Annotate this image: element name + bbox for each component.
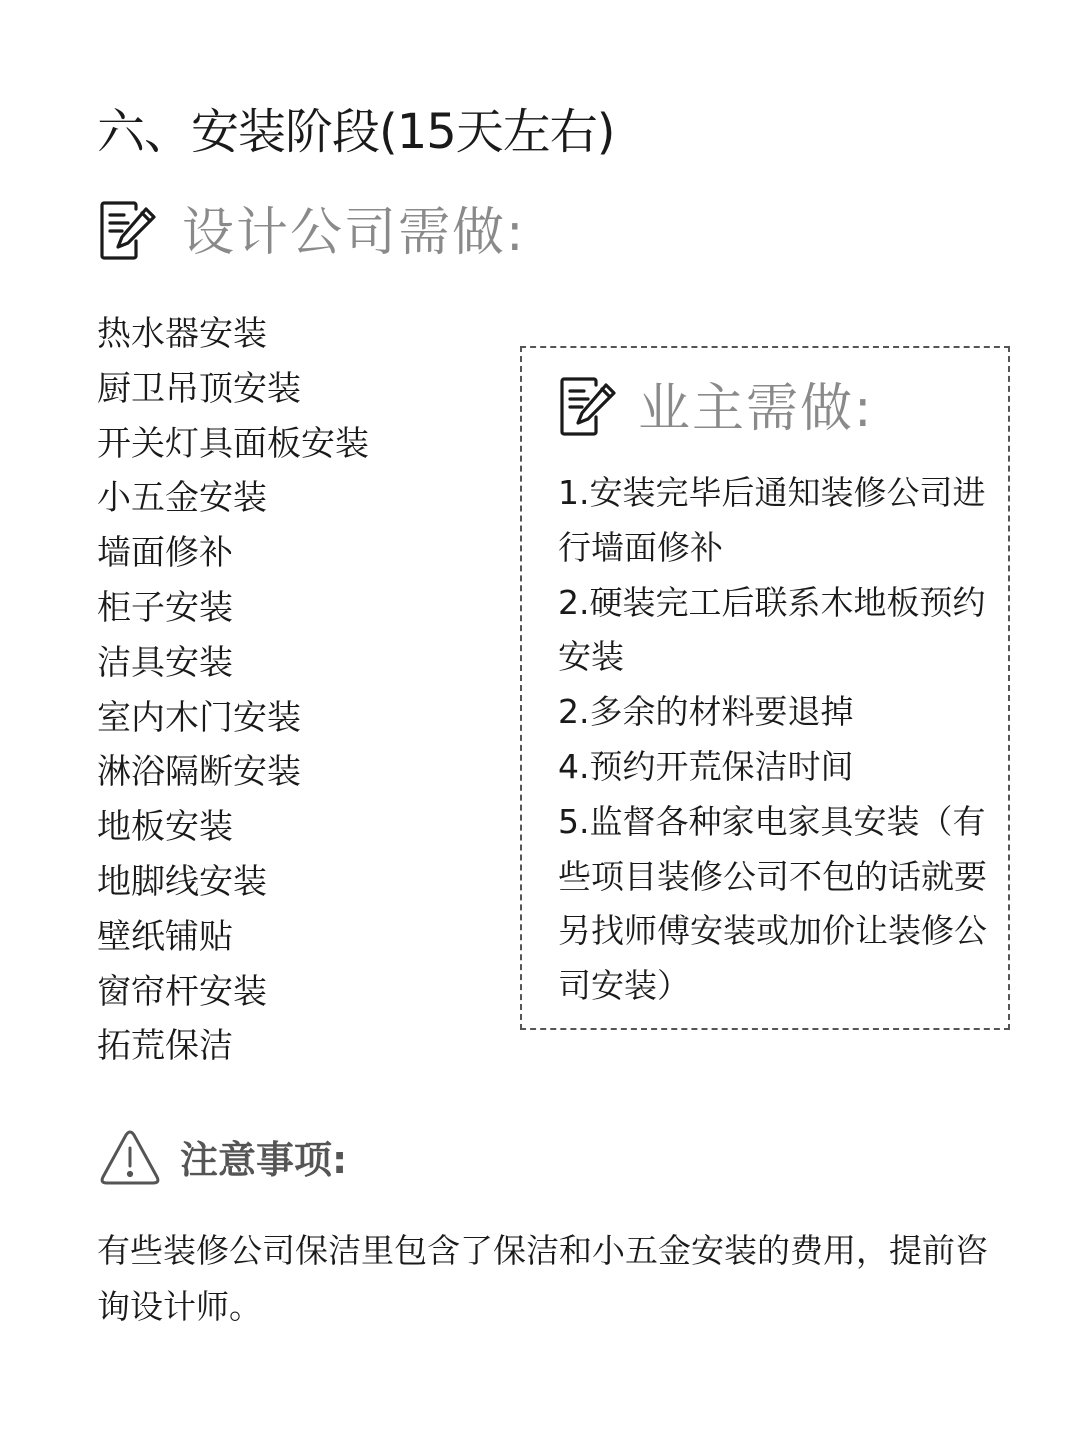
list-item: 拓荒保洁 <box>97 1019 369 1074</box>
list-item: 地脚线安装 <box>97 855 369 910</box>
notice-section-heading: 注意事项: <box>100 1130 347 1190</box>
warning-icon <box>100 1130 160 1190</box>
owner-section-heading: 业主需做: <box>558 376 874 442</box>
list-item: 壁纸铺贴 <box>97 910 369 965</box>
edit-note-icon <box>558 377 620 441</box>
owner-heading-text: 业主需做: <box>638 376 874 442</box>
list-item: 4.预约开荒保洁时间 <box>558 740 998 795</box>
list-item: 5.监督各种家电家具安装（有些项目装修公司不包的话就要另找师傅安装或加价让装修公… <box>558 795 998 1014</box>
list-item: 窗帘杆安装 <box>97 965 369 1020</box>
list-item: 地板安装 <box>97 800 369 855</box>
list-item: 2.多余的材料要退掉 <box>558 685 998 740</box>
list-item: 洁具安装 <box>97 636 369 691</box>
owner-tasks-box: 业主需做: 1.安装完毕后通知装修公司进行墙面修补 2.硬装完工后联系木地板预约… <box>520 346 1010 1030</box>
list-item: 1.安装完毕后通知装修公司进行墙面修补 <box>558 466 998 576</box>
notice-heading-text: 注意事项: <box>180 1130 347 1190</box>
designer-heading-text: 设计公司需做: <box>182 200 526 266</box>
list-item: 柜子安装 <box>97 581 369 636</box>
designer-section-heading: 设计公司需做: <box>98 200 526 266</box>
edit-note-icon <box>98 201 160 265</box>
list-item: 室内木门安装 <box>97 691 369 746</box>
list-item: 开关灯具面板安装 <box>97 417 369 472</box>
list-item: 淋浴隔断安装 <box>97 745 369 800</box>
owner-task-list: 1.安装完毕后通知装修公司进行墙面修补 2.硬装完工后联系木地板预约安装 2.多… <box>558 466 998 1014</box>
designer-task-list: 热水器安装 厨卫吊顶安装 开关灯具面板安装 小五金安装 墙面修补 柜子安装 洁具… <box>97 307 369 1074</box>
page-title: 六、安装阶段(15天左右) <box>97 102 615 162</box>
list-item: 热水器安装 <box>97 307 369 362</box>
list-item: 墙面修补 <box>97 526 369 581</box>
list-item: 小五金安装 <box>97 471 369 526</box>
notice-body-text: 有些装修公司保洁里包含了保洁和小五金安装的费用，提前咨询设计师。 <box>97 1223 997 1335</box>
list-item: 2.硬装完工后联系木地板预约安装 <box>558 576 998 686</box>
list-item: 厨卫吊顶安装 <box>97 362 369 417</box>
